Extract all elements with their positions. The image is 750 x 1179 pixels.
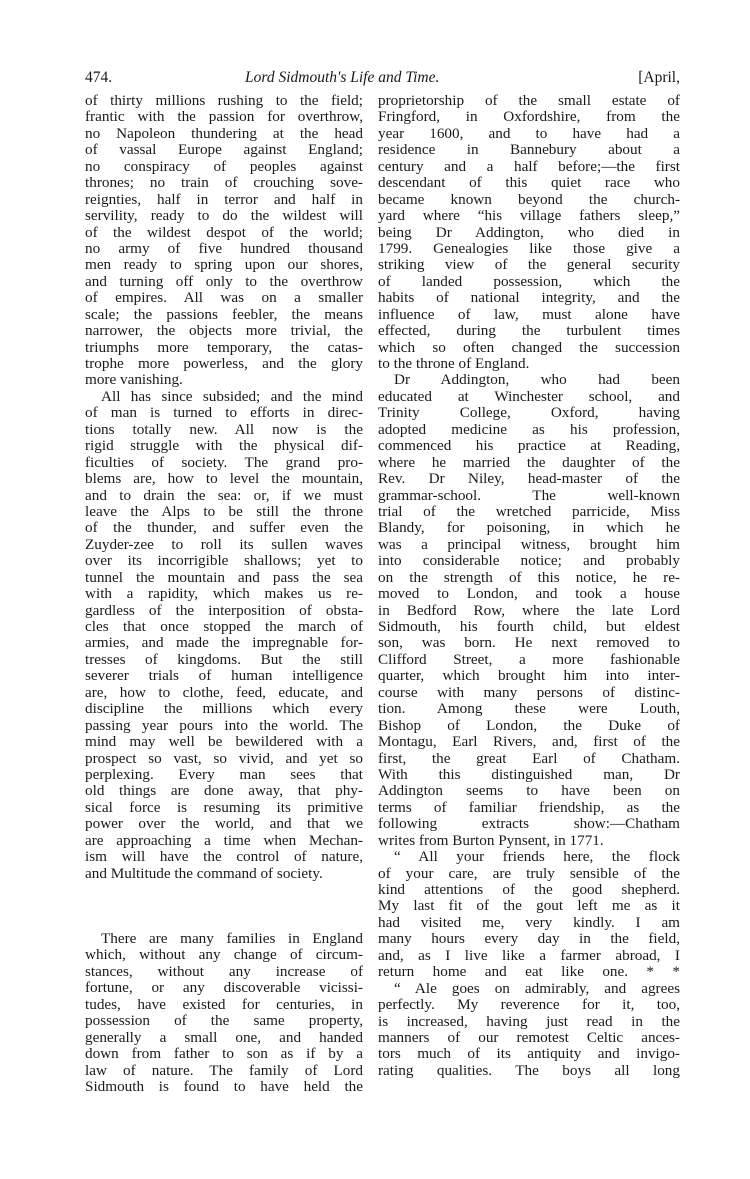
text-line: Rev. Dr Niley, head-master of the (378, 471, 680, 487)
text-line: son, was born. He next removed to (378, 635, 680, 651)
quote-paragraph: “ All your friends here, the flockof you… (378, 849, 680, 981)
text-line: My last fit of the gout left me as it (378, 898, 680, 914)
text-line: law of nature. The family of Lord (85, 1063, 363, 1079)
text-line: more vanishing. (85, 372, 363, 388)
text-line: ficulties of society. The grand pro- (85, 455, 363, 471)
text-line: scale; the passions feebler, the means (85, 307, 363, 323)
text-line: armies, and made the impregnable for- (85, 635, 363, 651)
text-line: of the thunder, and suffer even the (85, 520, 363, 536)
paragraph: There are many families in Englandwhich,… (85, 931, 363, 1095)
text-line: descendant of this quiet race who (378, 175, 680, 191)
text-line: no Napoleon thundering at the head (85, 126, 363, 142)
text-line: year 1600, and to have had a (378, 126, 680, 142)
text-line: educated at Winchester school, and (378, 389, 680, 405)
text-line: commenced his practice at Reading, (378, 438, 680, 454)
text-line: perplexing. Every man sees that (85, 767, 363, 783)
text-line: tresses of kingdoms. But the still (85, 652, 363, 668)
text-line: Blandy, for poisoning, in which he (378, 520, 680, 536)
text-line: yard where “his village fathers sleep,” (378, 208, 680, 224)
text-line: influence of law, must alone have (378, 307, 680, 323)
text-line: All has since subsided; and the mind (85, 389, 363, 405)
text-line: 1799. Genealogies like those give a (378, 241, 680, 257)
text-line: habits of national integrity, and the (378, 290, 680, 306)
text-line: rating qualities. The boys all long (378, 1063, 680, 1079)
text-line: with a rapidity, which makes us re- (85, 586, 363, 602)
text-line: became known beyond the church- (378, 192, 680, 208)
text-line: Sidmouth, his fourth child, but eldest (378, 619, 680, 635)
text-line: writes from Burton Pynsent, in 1771. (378, 833, 680, 849)
text-line: had visited me, very kindly. I am (378, 915, 680, 931)
paragraph: of thirty millions rushing to the field;… (85, 93, 363, 389)
text-line: striking view of the general security (378, 257, 680, 273)
text-line: Dr Addington, who had been (378, 372, 680, 388)
text-line: perfectly. My reverence for it, too, (378, 997, 680, 1013)
page-number: 474. (85, 68, 112, 88)
text-line: first, the great Earl of Chatham. (378, 751, 680, 767)
text-line: on the strength of this notice, he re- (378, 570, 680, 586)
left-column: of thirty millions rushing to the field;… (85, 93, 363, 1095)
text-line: stances, without any increase of (85, 964, 363, 980)
text-line: which, without any change of circum- (85, 947, 363, 963)
text-line: power over the world, and that we (85, 816, 363, 832)
text-line: old things are done away, that phy- (85, 783, 363, 799)
text-line: grammar-school. The well-known (378, 488, 680, 504)
text-line: where he married the daughter of the (378, 455, 680, 471)
text-line: being Dr Addington, who died in (378, 225, 680, 241)
text-line: and turning off only to the overthrow (85, 274, 363, 290)
text-line: to the throne of England. (378, 356, 680, 372)
text-line: sical force is resuming its primitive (85, 800, 363, 816)
text-line: and Multitude the command of society. (85, 866, 363, 882)
text-line: which so often changed the succession (378, 340, 680, 356)
text-line: trial of the wretched parricide, Miss (378, 504, 680, 520)
text-line: adopted medicine as his profession, (378, 422, 680, 438)
text-line: quarter, which brought him into inter- (378, 668, 680, 684)
text-line: Montagu, Earl Rivers, and, first of the (378, 734, 680, 750)
text-line: thrones; no train of crouching sove- (85, 175, 363, 191)
text-line: frantic with the passion for overthrow, (85, 109, 363, 125)
paragraph: All has since subsided; and the mindof m… (85, 389, 363, 882)
text-line: over its incorrigible shallows; yet to (85, 553, 363, 569)
text-line: down from father to son as if by a (85, 1046, 363, 1062)
text-line: of man is turned to efforts in direc- (85, 405, 363, 421)
text-line: cles that once stopped the march of (85, 619, 363, 635)
text-line: century and a half before;—the first (378, 159, 680, 175)
text-line: was a principal witness, brought him (378, 537, 680, 553)
text-line: Zuyder-zee to roll its sullen waves (85, 537, 363, 553)
text-line: manners of our remotest Celtic ances- (378, 1030, 680, 1046)
section-gap (85, 882, 363, 931)
text-line: many hours every day in the field, (378, 931, 680, 947)
text-line: passing year pours into the world. The (85, 718, 363, 734)
text-line: effected, during the turbulent times (378, 323, 680, 339)
text-line: of your care, are truly sensible of the (378, 866, 680, 882)
text-line: into considerable notice; and probably (378, 553, 680, 569)
paragraph: proprietorship of the small estate ofFri… (378, 93, 680, 372)
text-line: prospect so vast, so vivid, and yet so (85, 751, 363, 767)
text-line: mind may well be bewildered with a (85, 734, 363, 750)
text-line: tion. Among these were Louth, (378, 701, 680, 717)
text-line: rigid struggle with the physical dif- (85, 438, 363, 454)
text-line: blems are, how to level the mountain, (85, 471, 363, 487)
text-line: of vassal Europe against England; (85, 142, 363, 158)
text-line: moved to London, and took a house (378, 586, 680, 602)
right-column: proprietorship of the small estate ofFri… (378, 93, 680, 1079)
text-line: servility, ready to do the wildest will (85, 208, 363, 224)
text-line: Trinity College, Oxford, having (378, 405, 680, 421)
text-line: Fringford, in Oxfordshire, from the (378, 109, 680, 125)
text-line: “ Ale goes on admirably, and agrees (378, 981, 680, 997)
text-line: of empires. All was on a smaller (85, 290, 363, 306)
text-line: There are many families in England (85, 931, 363, 947)
text-line: generally a small one, and handed (85, 1030, 363, 1046)
text-line: severer trials of human intelligence (85, 668, 363, 684)
text-line: reignties, half in terror and half in (85, 192, 363, 208)
text-line: of thirty millions rushing to the field; (85, 93, 363, 109)
text-line: fortune, or any discoverable vicissi- (85, 980, 363, 996)
text-line: in Bedford Row, where the late Lord (378, 603, 680, 619)
text-line: are, how to clothe, feed, educate, and (85, 685, 363, 701)
text-line: of the wildest despot of the world; (85, 225, 363, 241)
text-line: and, as I live like a farmer abroad, I (378, 948, 680, 964)
text-line: ism will have the control of nature, (85, 849, 363, 865)
paragraph: Dr Addington, who had beeneducated at Wi… (378, 372, 680, 849)
text-line: residence in Bannebury about a (378, 142, 680, 158)
text-line: Addington seems to have been on (378, 783, 680, 799)
text-line: no conspiracy of peoples against (85, 159, 363, 175)
text-line: are approaching a time when Mechan- (85, 833, 363, 849)
running-head: 474. Lord Sidmouth's Life and Time. [Apr… (85, 68, 680, 88)
text-line: narrower, the objects more trivial, the (85, 323, 363, 339)
text-line: proprietorship of the small estate of (378, 93, 680, 109)
text-line: gardless of the interposition of obsta- (85, 603, 363, 619)
text-line: Bishop of London, the Duke of (378, 718, 680, 734)
text-line: tions totally new. All now is the (85, 422, 363, 438)
text-line: following extracts show:—Chatham (378, 816, 680, 832)
text-line: triumphs more temporary, the catas- (85, 340, 363, 356)
running-month: [April, (638, 68, 680, 88)
text-line: no army of five hundred thousand (85, 241, 363, 257)
text-line: Sidmouth is found to have held the (85, 1079, 363, 1095)
text-line: is increased, having just read in the (378, 1014, 680, 1030)
text-line: course with many persons of distinc- (378, 685, 680, 701)
text-line: trophe more powerless, and the glory (85, 356, 363, 372)
text-line: tors much of its antiquity and invigo- (378, 1046, 680, 1062)
document-page: 474. Lord Sidmouth's Life and Time. [Apr… (0, 0, 750, 1179)
text-line: tunnel the mountain and pass the sea (85, 570, 363, 586)
running-title: Lord Sidmouth's Life and Time. (245, 68, 439, 88)
text-line: of landed possession, which the (378, 274, 680, 290)
text-line: return home and eat like one. * * (378, 964, 680, 980)
text-line: With this distinguished man, Dr (378, 767, 680, 783)
text-line: men ready to spring upon our shores, (85, 257, 363, 273)
text-line: tudes, have existed for centuries, in (85, 997, 363, 1013)
text-line: possession of the same property, (85, 1013, 363, 1029)
text-line: Clifford Street, a more fashionable (378, 652, 680, 668)
text-line: terms of familiar friendship, as the (378, 800, 680, 816)
text-line: leave the Alps to be still the throne (85, 504, 363, 520)
text-line: “ All your friends here, the flock (378, 849, 680, 865)
quote-paragraph: “ Ale goes on admirably, and agreesperfe… (378, 981, 680, 1080)
text-line: and to drain the sea: or, if we must (85, 488, 363, 504)
text-line: discipline the millions which every (85, 701, 363, 717)
text-line: kind attentions of the good shepherd. (378, 882, 680, 898)
